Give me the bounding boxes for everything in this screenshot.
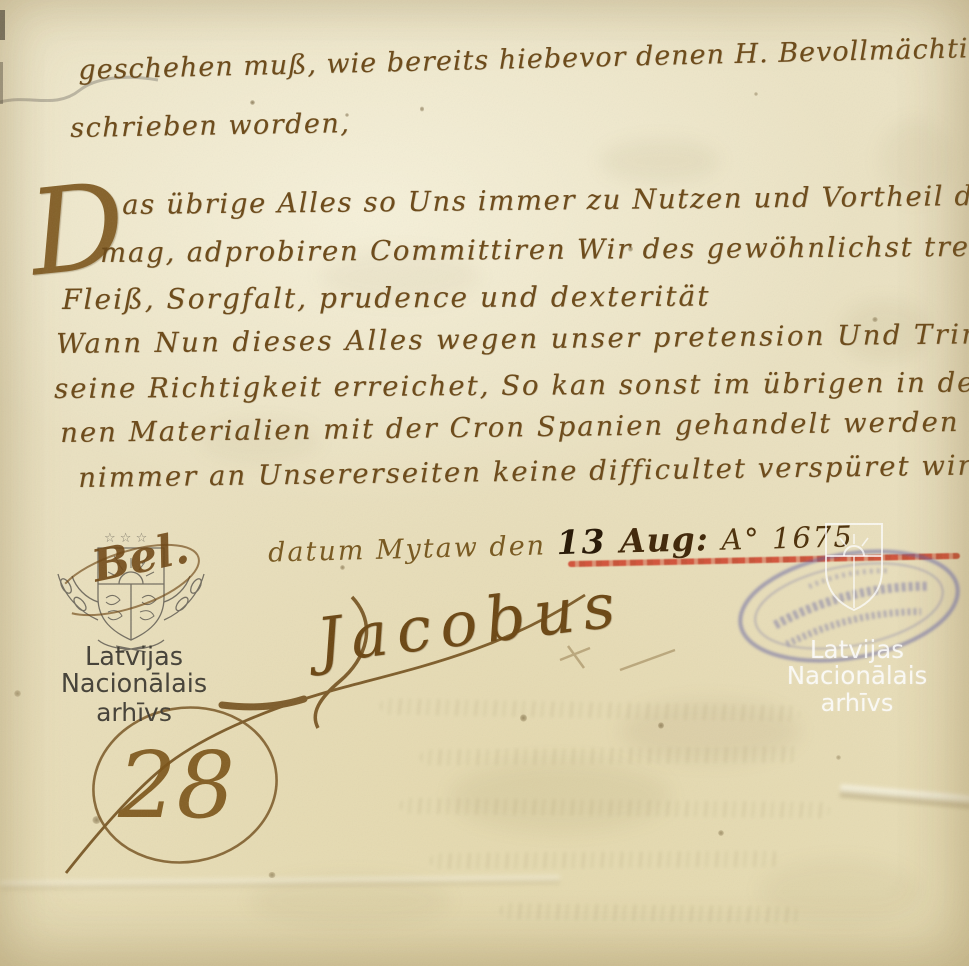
watermark-text-line1: Latvijas Nacionālais bbox=[744, 637, 969, 688]
paper-stain bbox=[600, 140, 720, 182]
ink-speck bbox=[754, 92, 758, 96]
watermark-text-line1: Latvijas Nacionālais bbox=[14, 644, 254, 698]
edge-mark bbox=[0, 62, 3, 104]
manuscript-line: Wann Nun dieses Alles wegen unser preten… bbox=[56, 319, 969, 360]
manuscript-line: mag, adprobiren Committiren Wir des gewö… bbox=[100, 232, 969, 269]
ink-speck bbox=[836, 755, 841, 760]
watermark-text-line2: arhīvs bbox=[744, 688, 969, 718]
manuscript-line: seine Richtigkeit erreichet, So kan sons… bbox=[54, 367, 969, 404]
manuscript-scan: geschehen muß, wie bereits hiebevor dene… bbox=[0, 0, 969, 966]
manuscript-line: as übrige Alles so Uns immer zu Nutzen u… bbox=[122, 180, 969, 220]
manuscript-line: Fleiß, Sorgfalt, prudence und dexterität bbox=[62, 282, 711, 316]
bleedthrough-text bbox=[500, 903, 800, 923]
ink-speck bbox=[628, 246, 633, 252]
paraph-digits: 28 bbox=[117, 732, 235, 839]
edge-mark bbox=[0, 10, 5, 40]
ink-speck bbox=[420, 106, 424, 112]
ink-speck bbox=[718, 830, 724, 836]
shield-outline-icon bbox=[818, 520, 890, 612]
ink-speck bbox=[250, 100, 255, 105]
manuscript-line: nen Materialien mit der Cron Spanien geh… bbox=[60, 406, 969, 448]
ink-speck bbox=[872, 317, 878, 322]
paper-crease bbox=[840, 784, 969, 808]
ink-speck bbox=[345, 113, 349, 117]
archive-watermark-left: Latvijas Nacionālais arhīvs bbox=[14, 644, 254, 728]
manuscript-line: nimmer an Unsererseiten keine difficulte… bbox=[78, 450, 969, 493]
watermark-text-line2: arhīvs bbox=[14, 698, 254, 728]
drop-cap-initial: D bbox=[25, 171, 130, 286]
manuscript-line: geschehen muß, wie bereits hiebevor dene… bbox=[78, 31, 969, 85]
manuscript-line: schrieben worden, bbox=[70, 109, 351, 144]
archive-watermark-right: Latvijas Nacionālais arhīvs bbox=[744, 637, 969, 718]
